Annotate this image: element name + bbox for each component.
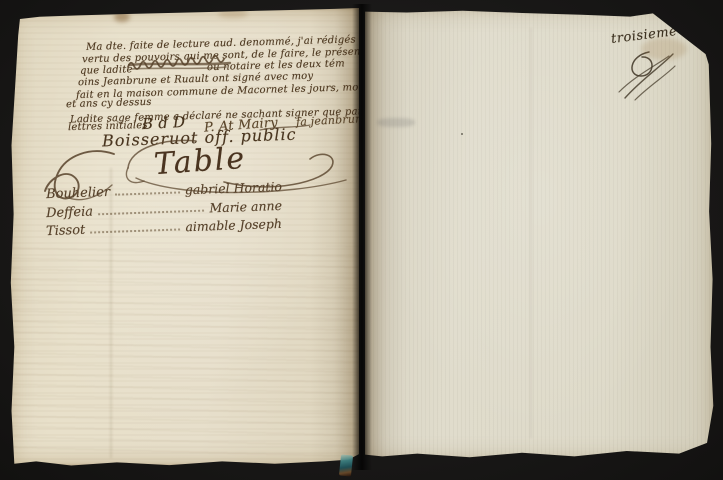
- table-surname: Deffeia: [46, 204, 93, 221]
- dotted-leader: [90, 228, 180, 233]
- table-given-names: aimable Joseph: [185, 216, 282, 234]
- table-given-names: Marie anne: [209, 198, 282, 216]
- left-page: Ma dte. faite de lecture aud. denommé, j…: [8, 8, 359, 466]
- binding-thread: [339, 454, 353, 476]
- manuscript-line: et ans cy dessus: [66, 97, 152, 110]
- page-crease: [110, 168, 112, 458]
- dotted-leader: [115, 191, 180, 195]
- photo-background: Ma dte. faite de lecture aud. denommé, j…: [0, 0, 723, 480]
- pencil-smudge: [377, 118, 415, 127]
- table-surname: Tissot: [46, 223, 86, 239]
- dotted-leader: [98, 210, 205, 216]
- paper-stain: [218, 10, 248, 18]
- book-spine-shadow: [352, 4, 372, 470]
- corner-fold-stain: [641, 38, 687, 60]
- ink-scribble: [126, 58, 236, 72]
- table-surname: Bouhelier: [46, 185, 111, 202]
- right-page: troisieme: [365, 8, 714, 460]
- chain-line: [530, 28, 532, 438]
- table-heading: Table: [153, 141, 247, 182]
- paper-speck: [461, 133, 463, 135]
- paper-stain: [114, 12, 130, 22]
